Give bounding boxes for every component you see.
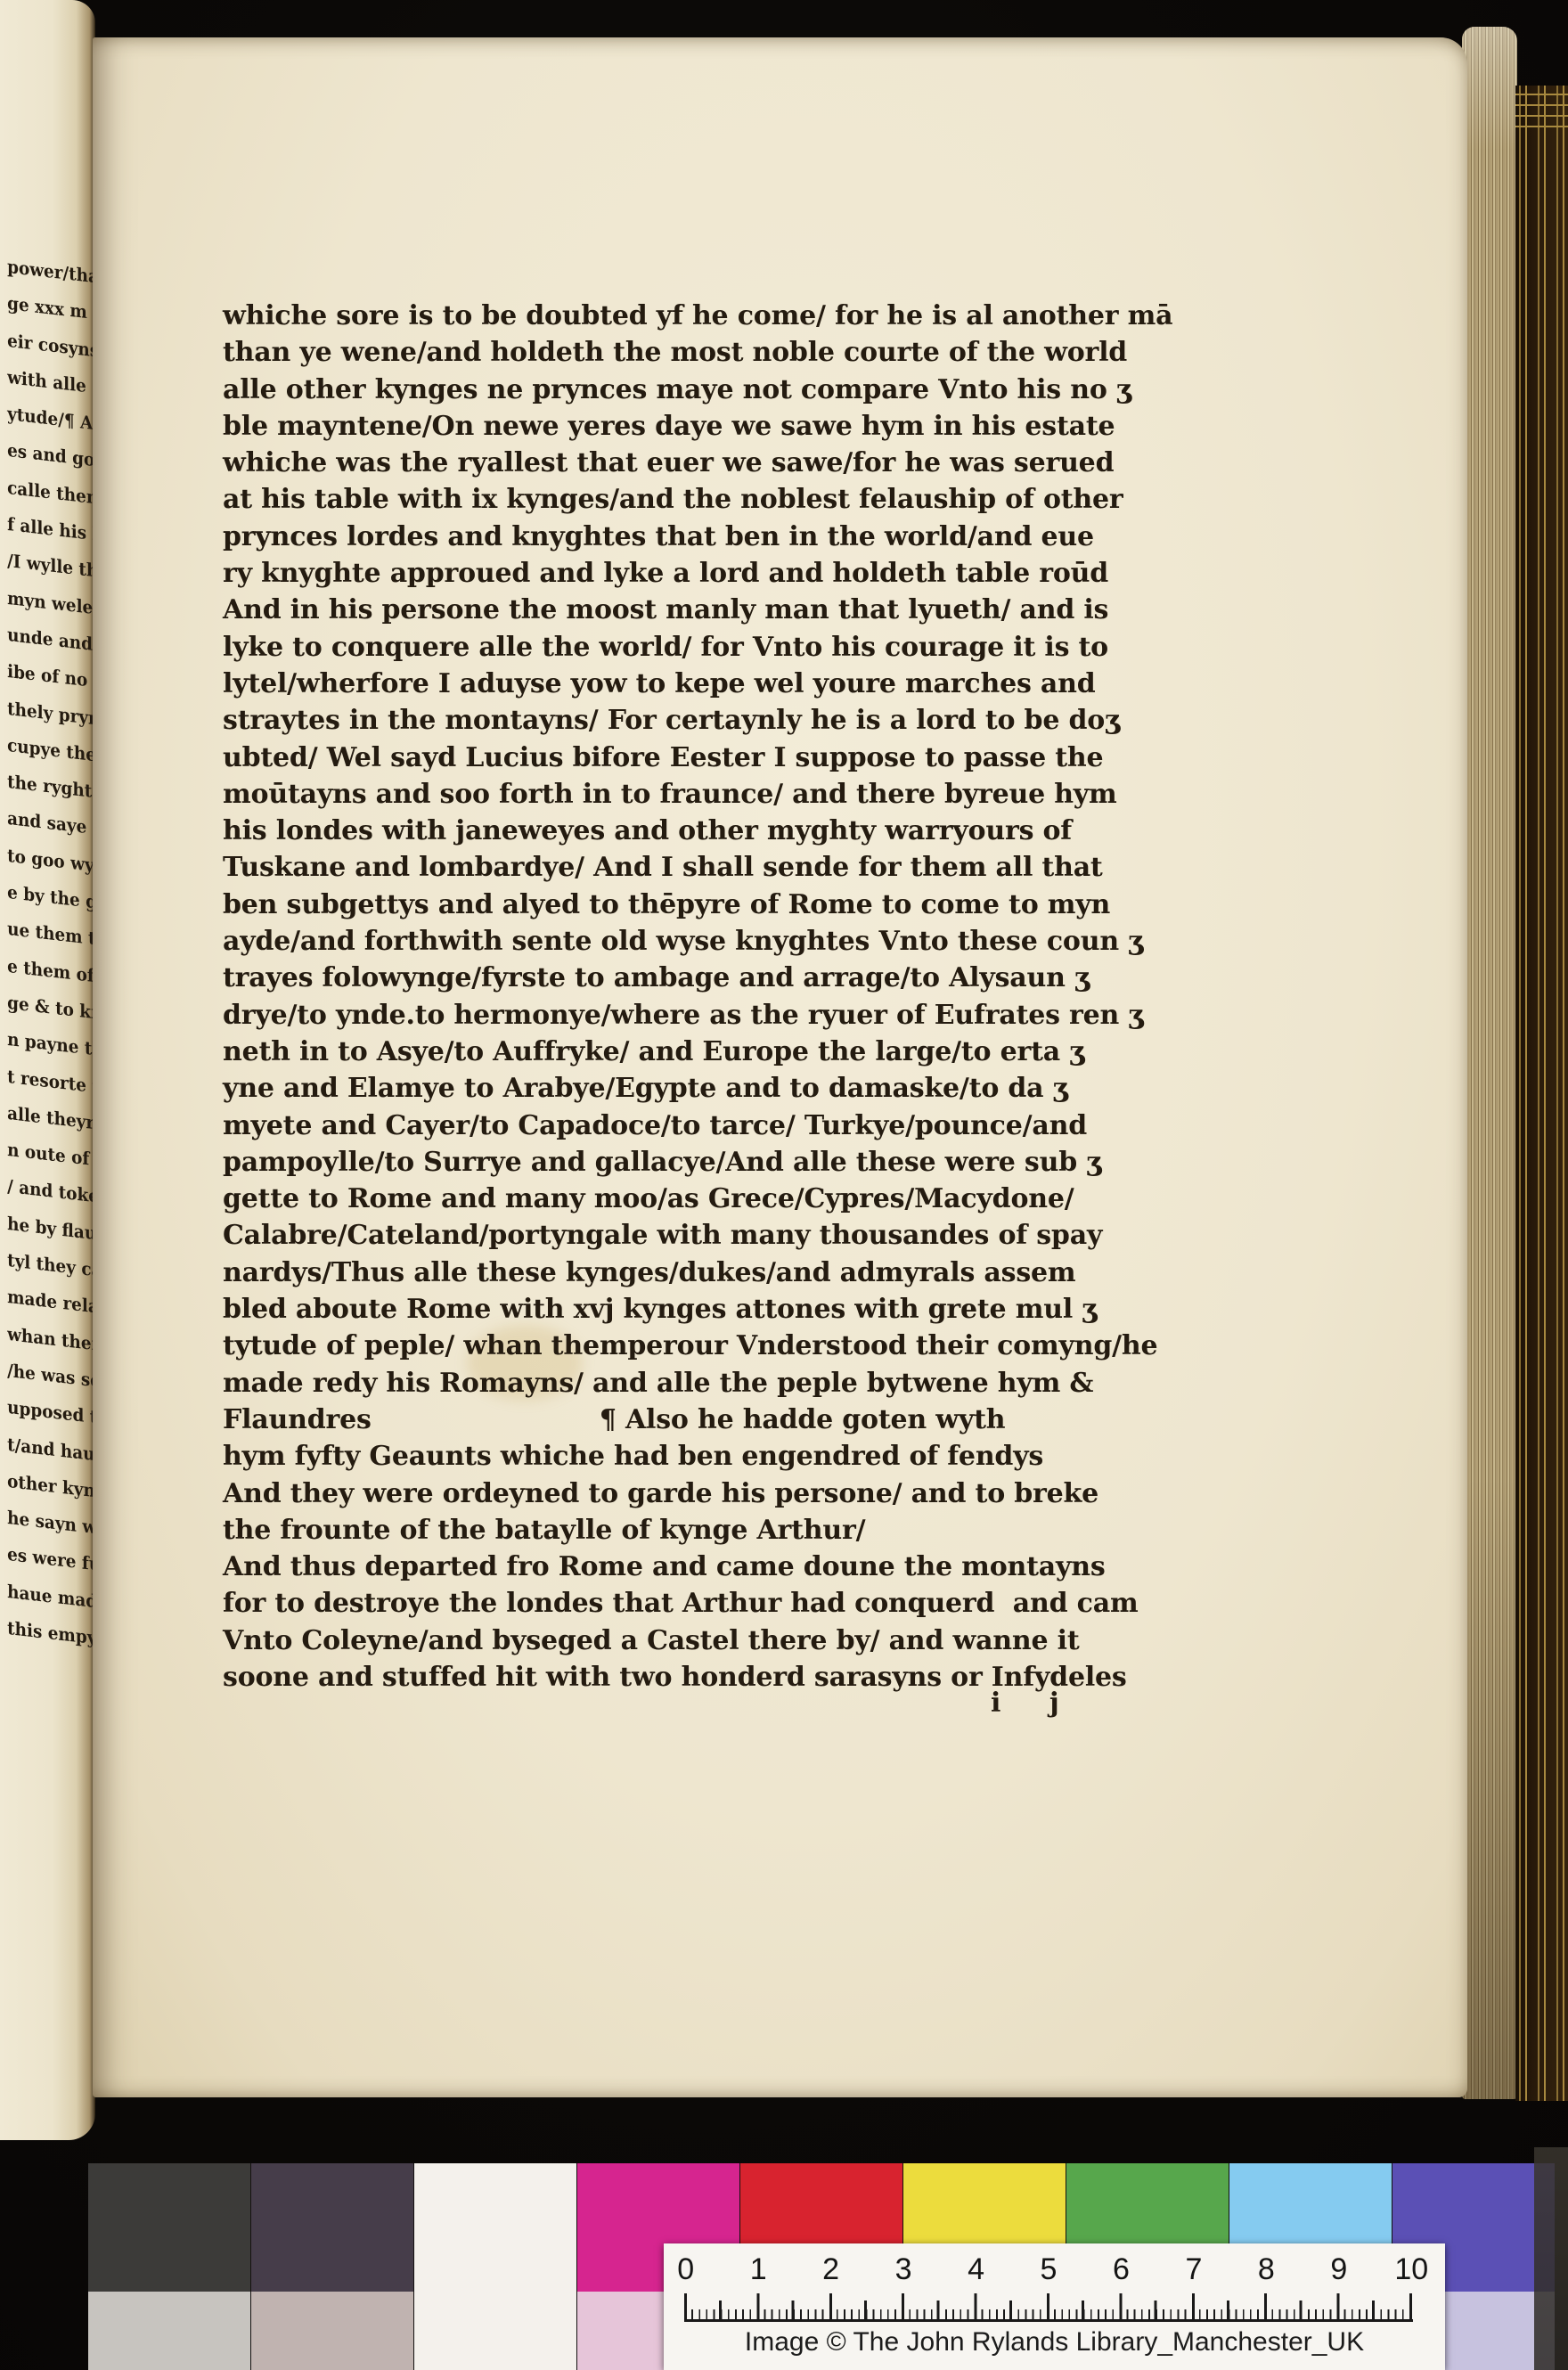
text-line: for to destroye the londes that Arthur h… <box>223 1585 1158 1622</box>
ruler-number: 4 <box>940 2252 1012 2287</box>
book-page: whiche sore is to be doubted yf he come/… <box>93 37 1467 2097</box>
calibration-patch <box>251 2292 413 2370</box>
calibration-patch <box>88 2292 250 2370</box>
text-line: ry knyghte approued and lyke a lord and … <box>223 555 1158 592</box>
text-line: ble mayntene/On newe yeres daye we sawe … <box>223 408 1158 445</box>
backdrop-corner <box>1534 2147 1568 2370</box>
text-line: ben subgettys and alyed to thēpyre of Ro… <box>223 887 1158 923</box>
left-page-text-fragments: power/that isge xxx m moeir cosyns prowi… <box>0 248 90 1656</box>
text-line: the frounte of the bataylle of kynge Art… <box>223 1512 1158 1549</box>
text-line: hym fyfty Geaunts whiche had ben engendr… <box>223 1438 1158 1475</box>
ruler-number: 1 <box>722 2252 794 2287</box>
gilt-tooled-cover-edge <box>1515 86 1568 2101</box>
text-line: pampoylle/to Surrye and gallacye/And all… <box>223 1144 1158 1181</box>
ruler-number: 2 <box>795 2252 867 2287</box>
photo-backdrop: power/that isge xxx m moeir cosyns prowi… <box>0 0 1568 2370</box>
text-line: gette to Rome and many moo/as Grece/Cypr… <box>223 1181 1158 1217</box>
text-line: lyke to conquere alle the world/ for Vnt… <box>223 629 1158 666</box>
text-line: ayde/and forthwith sente old wyse knyght… <box>223 923 1158 960</box>
ruler-number: 7 <box>1157 2252 1229 2287</box>
ruler-baseline <box>684 2319 1413 2322</box>
calibration-patch <box>88 2163 250 2292</box>
text-line: whiche sore is to be doubted yf he come/… <box>223 298 1158 334</box>
text-line: neth in to Asye/to Auffryke/ and Europe … <box>223 1034 1158 1070</box>
text-line: myete and Cayer/to Capadoce/to tarce/ Tu… <box>223 1107 1158 1144</box>
calibration-patch <box>414 2292 576 2370</box>
ruler-numbers: 012345678910 <box>649 2252 1448 2287</box>
text-line: made redy his Romayns/ and alle the pepl… <box>223 1365 1158 1402</box>
text-line: alle other kynges ne prynces maye not co… <box>223 372 1158 408</box>
text-line: lytel/wherfore I aduyse yow to kepe wel … <box>223 666 1158 702</box>
text-line: prynces lordes and knyghtes that ben in … <box>223 519 1158 555</box>
ruler-number: 8 <box>1230 2252 1303 2287</box>
calibration-patch <box>251 2163 413 2292</box>
calibration-patch <box>414 2163 576 2292</box>
gilt-tooling-top-lines <box>1515 93 1568 132</box>
ruler-number: 6 <box>1085 2252 1157 2287</box>
text-line: Flaundres ¶ Also he hadde goten wyth <box>223 1402 1158 1438</box>
text-line: moūtayns and soo forth in to fraunce/ an… <box>223 776 1158 813</box>
gilt-fore-edge <box>1462 27 1517 2099</box>
text-line: yne and Elamye to Arabye/Egypte and to d… <box>223 1070 1158 1107</box>
left-page-edge: power/that isge xxx m moeir cosyns prowi… <box>0 0 95 2140</box>
text-line: Tuskane and lombardye/ And I shall sende… <box>223 849 1158 886</box>
text-line: ubted/ Wel sayd Lucius bifore Eester I s… <box>223 740 1158 776</box>
calibration-patches-bottom <box>88 2292 739 2370</box>
ruler-number: 0 <box>649 2252 722 2287</box>
text-line: Calabre/Cateland/portyngale with many th… <box>223 1217 1158 1254</box>
text-line: bled aboute Rome with xvj kynges attones… <box>223 1291 1158 1328</box>
ruler-number: 10 <box>1376 2252 1448 2287</box>
text-line: tytude of peple/ whan themperour Vnderst… <box>223 1328 1158 1364</box>
text-line: And in his persone the moost manly man t… <box>223 592 1158 628</box>
text-line: whiche was the ryallest that euer we saw… <box>223 445 1158 481</box>
text-line: straytes in the montayns/ For certaynly … <box>223 702 1158 739</box>
text-line: And they were ordeyned to garde his pers… <box>223 1475 1158 1512</box>
text-line: Vnto Coleyne/and byseged a Castel there … <box>223 1622 1158 1659</box>
text-line: trayes folowynge/fyrste to ambage and ar… <box>223 960 1158 996</box>
text-line: And thus departed fro Rome and came doun… <box>223 1549 1158 1585</box>
ruler-number: 3 <box>867 2252 939 2287</box>
text-column: whiche sore is to be doubted yf he come/… <box>223 298 1158 1696</box>
text-line: than ye wene/and holdeth the most noble … <box>223 334 1158 371</box>
text-line: nardys/Thus alle these kynges/dukes/and … <box>223 1254 1158 1291</box>
ruler-number: 5 <box>1012 2252 1084 2287</box>
image-credit: Image © The John Rylands Library_Manches… <box>664 2327 1445 2358</box>
text-line: at his table with ix kynges/and the nobl… <box>223 481 1158 518</box>
scale-ruler-card: 012345678910 Image © The John Rylands Li… <box>664 2243 1445 2370</box>
text-line: drye/to ynde.to hermonye/where as the ry… <box>223 997 1158 1034</box>
signature-mark: i j <box>991 1688 1079 1719</box>
text-line: his londes with janeweyes and other mygh… <box>223 813 1158 849</box>
ruler-number: 9 <box>1303 2252 1375 2287</box>
